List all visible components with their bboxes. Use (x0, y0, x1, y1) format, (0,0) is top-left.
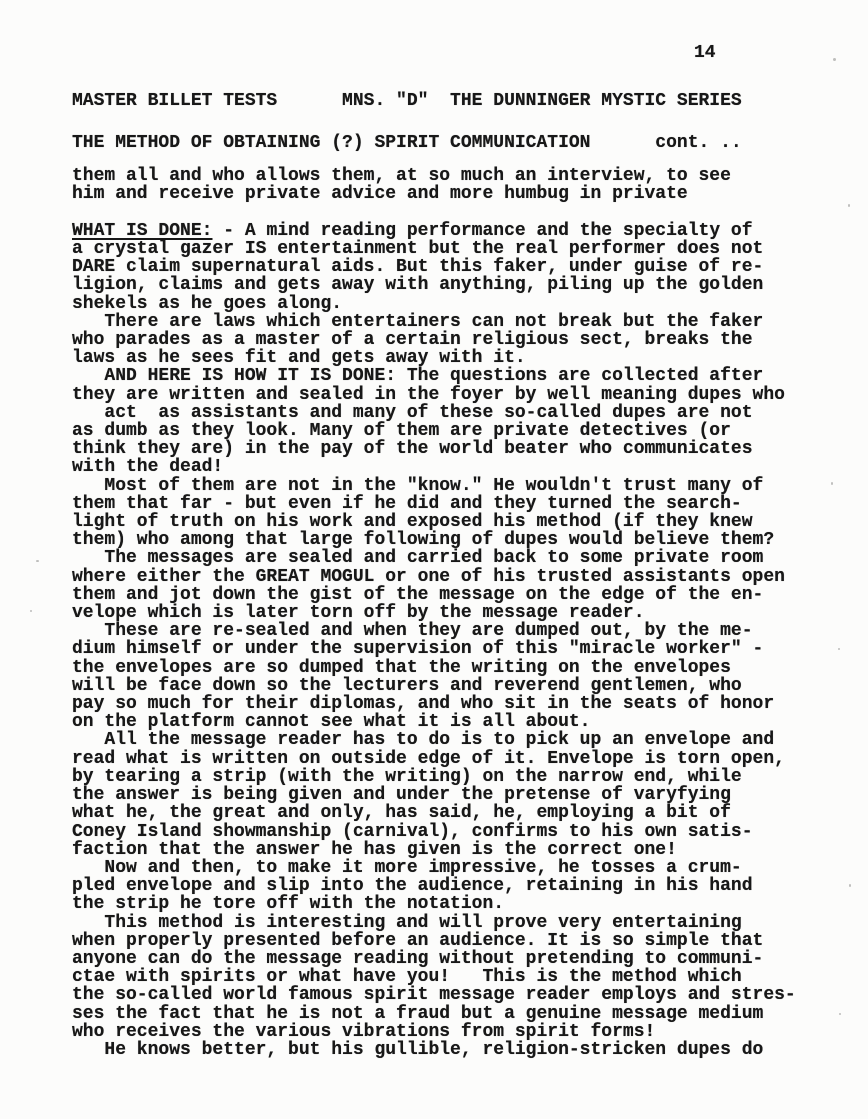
page-number: 14 (694, 44, 716, 62)
scan-speck (839, 1013, 841, 1015)
document-subheader-line: THE METHOD OF OBTAINING (?) SPIRIT COMMU… (72, 134, 742, 152)
body-text: a crystal gazer IS entertainment but the… (72, 240, 796, 1059)
section-heading-rest: - A mind reading performance and the spe… (212, 221, 752, 241)
scan-speck (36, 560, 39, 562)
section-heading-line: WHAT IS DONE: - A mind reading performan… (72, 222, 753, 240)
document-header-line: MASTER BILLET TESTS MNS. "D" THE DUNNING… (72, 92, 742, 110)
scan-speck (30, 610, 32, 612)
section-heading: WHAT IS DONE: (72, 221, 212, 241)
scan-speck (838, 648, 840, 650)
scan-speck (833, 58, 836, 61)
scan-speck (848, 204, 850, 207)
scan-speck (831, 482, 833, 485)
document-page: 14 MASTER BILLET TESTS MNS. "D" THE DUNN… (0, 0, 868, 1119)
intro-paragraph: them all and who allows them, at so much… (72, 167, 731, 203)
scan-speck (849, 884, 851, 887)
